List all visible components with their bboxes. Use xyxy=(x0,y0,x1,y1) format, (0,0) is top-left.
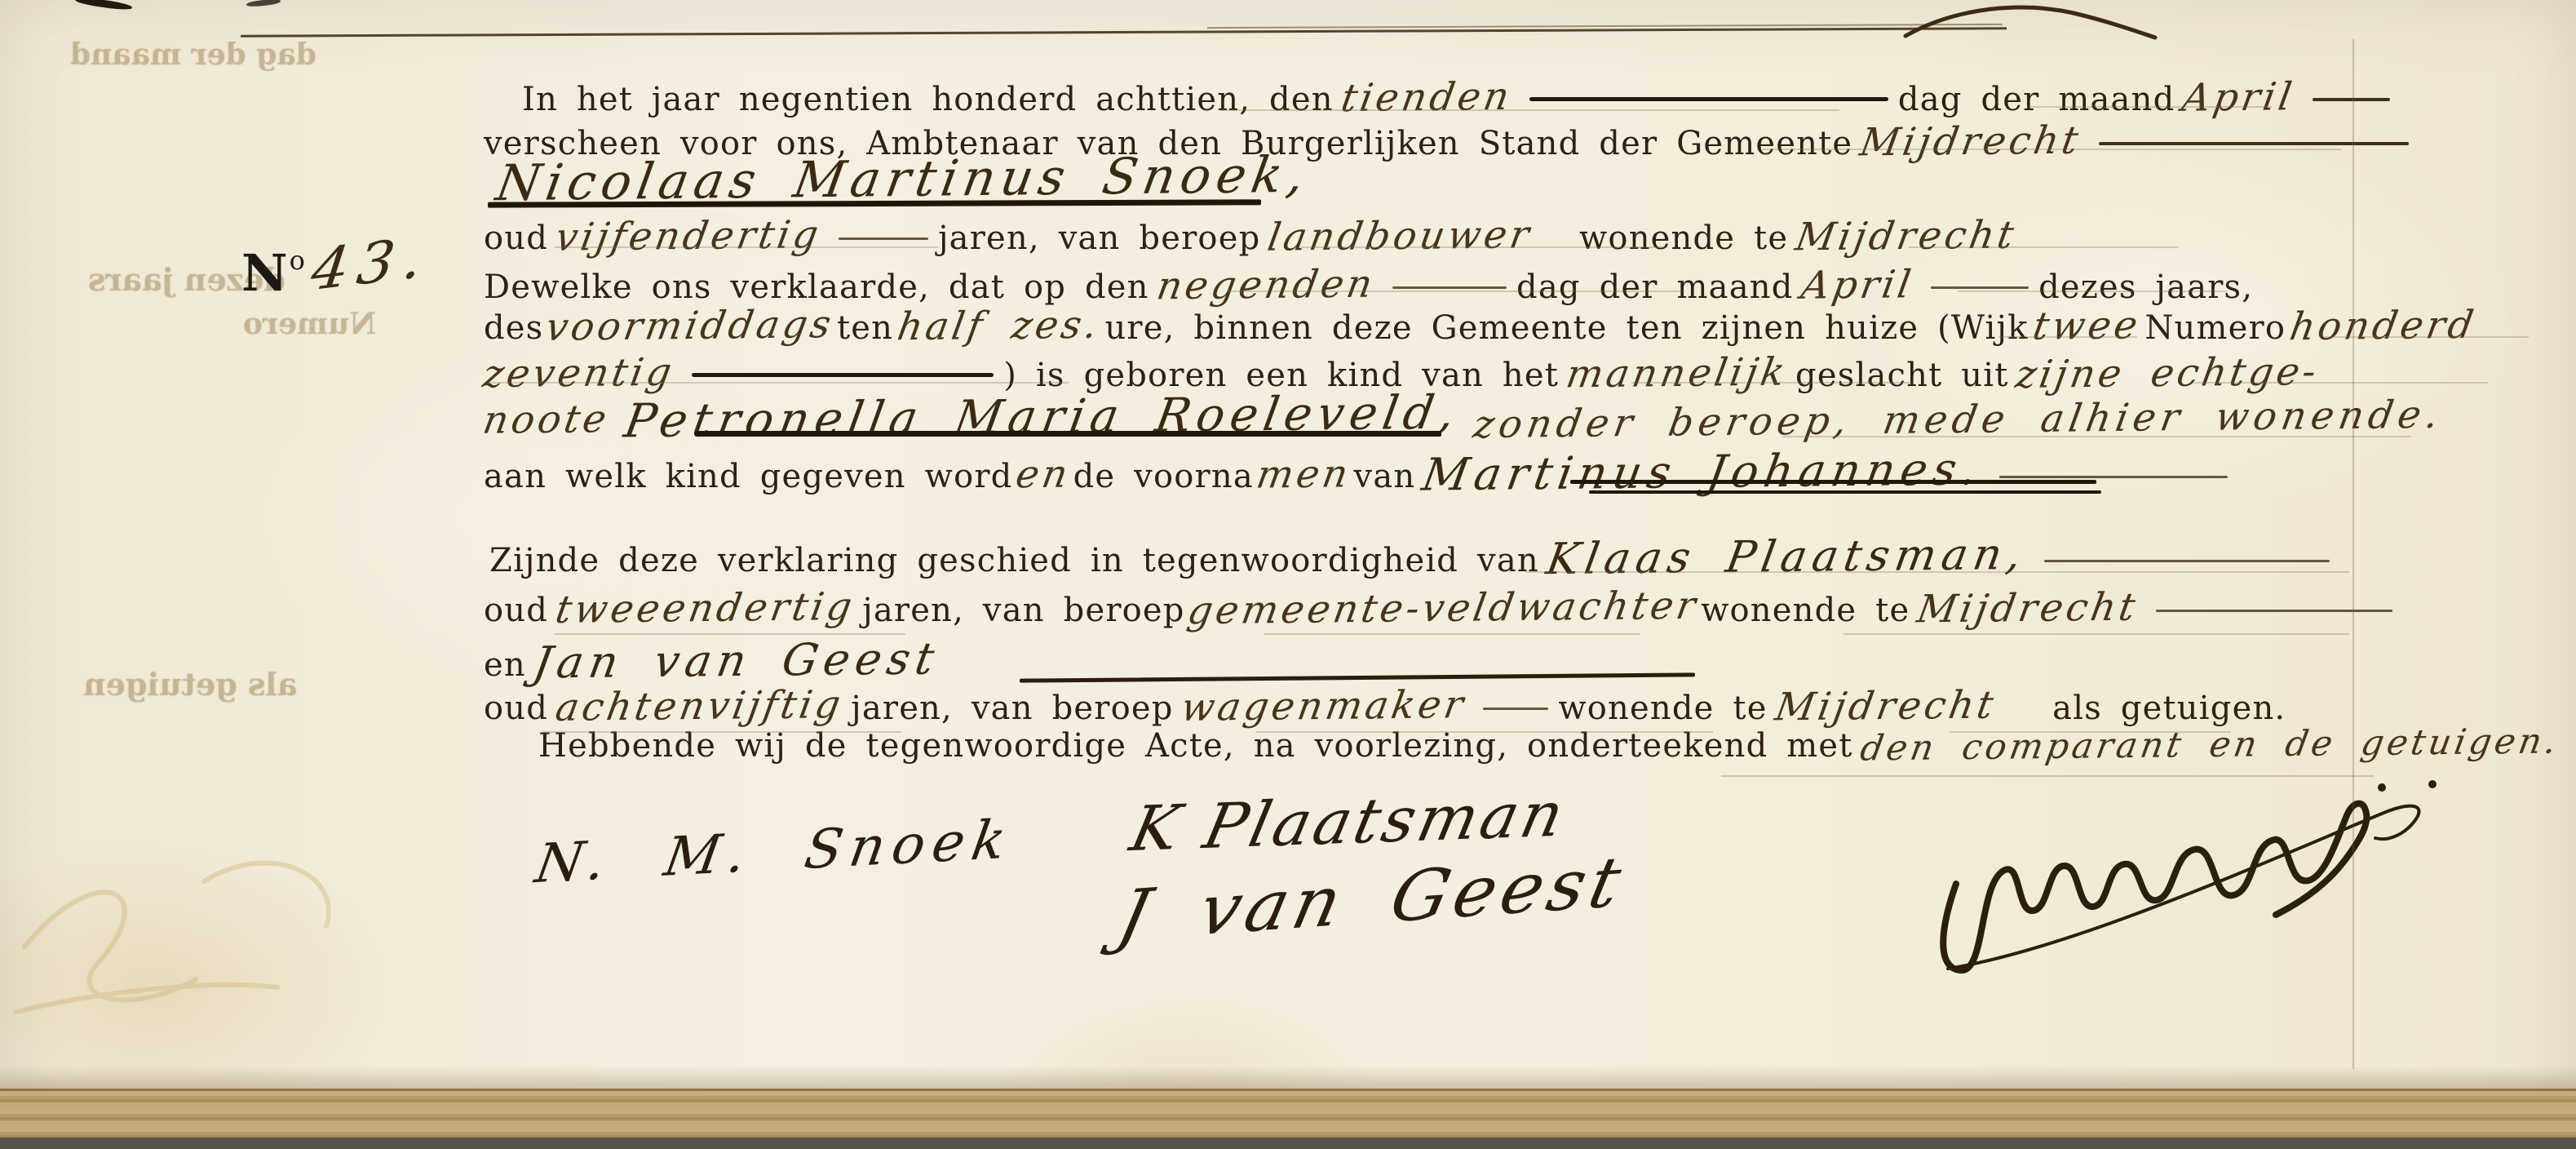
handwritten-age: vijfendertig xyxy=(552,212,825,260)
ink-rule xyxy=(839,237,928,240)
handwritten-housenumber-1: honderd xyxy=(2286,303,2480,349)
blank-rule xyxy=(2194,382,2488,384)
printed-text: Numero xyxy=(2144,309,2286,347)
ghost-text: dag der maand xyxy=(70,38,316,72)
ink-rule xyxy=(1392,286,1507,289)
handwritten-witness1-age: tweeendertig xyxy=(552,584,858,632)
printed-text: de voorna xyxy=(1073,458,1254,495)
form-top-rule xyxy=(241,27,2007,37)
ghost-text: Numero xyxy=(243,307,376,341)
printed-text: dezes jaars, xyxy=(2038,268,2253,306)
handwritten-month: April xyxy=(2180,74,2299,120)
signature-registrar-flourish-icon xyxy=(1925,763,2496,983)
ink-rule xyxy=(2156,610,2392,612)
handwritten-closing: den comparant en de getuigen. xyxy=(1857,721,2562,770)
ink-rule xyxy=(2044,560,2330,562)
handwritten-suffix: men xyxy=(1253,451,1354,497)
blank-rule xyxy=(2325,336,2529,338)
handwritten-witness2-residence: Mijdrecht xyxy=(1772,683,1999,730)
double-underline-child-1 xyxy=(1570,480,2096,484)
act-line-11: oudtweeendertigjaren, van beroepgemeente… xyxy=(484,586,2402,631)
edge-ink-mark xyxy=(246,0,281,7)
printed-text: ure, binnen deze Gemeente ten zijnen hui… xyxy=(1104,309,2028,347)
printed-text: wonende te xyxy=(1701,592,1910,629)
handwritten-day: tienden xyxy=(1338,74,1516,121)
handwritten-suffix: en xyxy=(1012,452,1073,498)
page-bottom-shadow xyxy=(0,1066,2576,1089)
birth-certificate-scan: dag der maand dezen jaars Numero als get… xyxy=(0,0,2576,1149)
act-number-value: 43. xyxy=(308,224,434,304)
printed-text: aan welk kind gegeven word xyxy=(484,458,1013,495)
blank-rule xyxy=(1256,731,1713,733)
printed-text: jaren, van beroep xyxy=(862,592,1184,629)
act-line-6: desvoormiddagstenhalf zes.ure, binnen de… xyxy=(484,304,2481,348)
blank-rule xyxy=(2027,106,2272,108)
printed-text: oud xyxy=(484,690,548,727)
printed-text: oud xyxy=(484,592,548,629)
ink-rule xyxy=(2099,142,2409,145)
sheet-edge-line xyxy=(2352,39,2354,1069)
blank-rule xyxy=(1631,382,1913,384)
heavy-underline-mother xyxy=(695,431,1441,437)
blank-rule xyxy=(1843,633,2349,635)
printed-text: oud xyxy=(484,220,548,257)
printed-text: als getuigen. xyxy=(2052,690,2286,727)
blank-rule xyxy=(1228,291,1684,292)
edge-ink-mark xyxy=(75,0,133,11)
blank-rule xyxy=(1998,336,2137,338)
ghost-handwriting-flourish xyxy=(0,824,375,1045)
heavy-rule-witness2 xyxy=(1020,672,1695,682)
printed-text: geslacht uit xyxy=(1795,357,2008,394)
printed-text: Zijnde deze verklaring geschied in tegen… xyxy=(489,542,1539,579)
act-line-13: oudachtenvijftigjaren, van beroepwagenma… xyxy=(484,684,2286,729)
ink-rule xyxy=(2313,98,2390,101)
act-line-1: In het jaar negentien honderd achttien, … xyxy=(522,75,2400,120)
signature-declarant: N. M. Snoek xyxy=(531,808,1018,895)
act-line-4: oudvijfendertigjaren, van beroeplandbouw… xyxy=(484,214,2025,259)
book-page-edges xyxy=(0,1089,2576,1140)
printed-text: wonende te xyxy=(1558,690,1767,727)
ink-rule xyxy=(1529,97,1888,101)
printed-text: des xyxy=(484,309,543,347)
handwritten-witness1-profession: gemeente-veldwachter xyxy=(1184,583,1702,634)
blank-rule xyxy=(1782,436,2410,437)
double-underline-child-2 xyxy=(1589,490,2101,494)
handwritten-gemeente: Mijdrecht xyxy=(1857,118,2084,166)
cut-off-pen-stroke xyxy=(1901,0,2162,41)
printed-text: ten xyxy=(837,309,893,347)
blank-rule xyxy=(555,246,938,248)
blank-rule xyxy=(1264,633,1640,635)
printed-text: dag der maand xyxy=(1898,81,2175,118)
act-line-10: Zijnde deze verklaring geschied in tegen… xyxy=(489,532,2339,582)
handwritten-witness2-profession: wagenmaker xyxy=(1178,682,1470,730)
blank-rule xyxy=(1958,291,2227,292)
handwritten-daypart: voormiddags xyxy=(543,302,838,350)
act-line-12: enJan van Geest xyxy=(484,635,947,686)
printed-text: wonende te xyxy=(1579,220,1788,257)
handwritten-birth-day: negenden xyxy=(1153,262,1379,309)
handwritten-witness1-name: Klaas Plaatsman, xyxy=(1543,530,2030,584)
printed-text: Dewelke ons verklaarde, dat op den xyxy=(484,268,1149,306)
printed-text: jaren, van beroep xyxy=(851,690,1173,727)
act-number-n: N xyxy=(241,243,290,303)
blank-rule xyxy=(1950,731,2231,733)
handwritten-residence: Mijdrecht xyxy=(1792,213,2020,260)
handwritten-witness2-age: achtenvijftig xyxy=(552,682,847,730)
handwritten-witness1-residence: Mijdrecht xyxy=(1914,585,2142,632)
blank-rule xyxy=(1219,109,1839,111)
printed-text: dag der maand xyxy=(1516,268,1793,306)
handwritten-birth-month: April xyxy=(1798,262,1917,308)
act-number-sup: o xyxy=(290,245,305,276)
handwritten-spouse-intro-2: noote xyxy=(480,397,613,443)
handwritten-mother-detail: zonder beroep, mede alhier wonende. xyxy=(1471,393,2447,447)
blank-rule xyxy=(1762,149,2341,150)
ink-rule xyxy=(692,373,994,377)
blank-rule xyxy=(1301,246,1668,248)
ink-rule xyxy=(1999,476,2228,478)
blank-rule xyxy=(489,382,1069,384)
handwritten-witness2-name: Jan van Geest xyxy=(529,632,943,688)
scan-bottom-strip xyxy=(0,1138,2576,1149)
blank-rule xyxy=(542,731,901,733)
ink-rule xyxy=(1931,286,2029,289)
handwritten-mother-name: Petronella Maria Roeleveld, xyxy=(620,386,1463,449)
blank-rule xyxy=(1909,246,2178,248)
handwritten-profession: landbouwer xyxy=(1265,212,1536,260)
blank-rule xyxy=(1525,571,2349,573)
ink-rule xyxy=(1483,708,1548,710)
handwritten-district: twee xyxy=(2029,303,2144,348)
printed-text: van xyxy=(1354,458,1416,495)
handwritten-hour: half zes. xyxy=(894,303,1104,350)
ghost-text: als getuigen xyxy=(83,666,297,703)
act-line-5: Dewelke ons verklaarde, dat op dennegend… xyxy=(484,263,2253,308)
printed-text: en xyxy=(484,646,526,684)
blank-rule xyxy=(555,633,905,635)
printed-text: In het jaar negentien honderd achttien, … xyxy=(522,81,1334,118)
printed-text: jaren, van beroep xyxy=(938,220,1260,257)
act-number: No 43. xyxy=(241,243,305,303)
